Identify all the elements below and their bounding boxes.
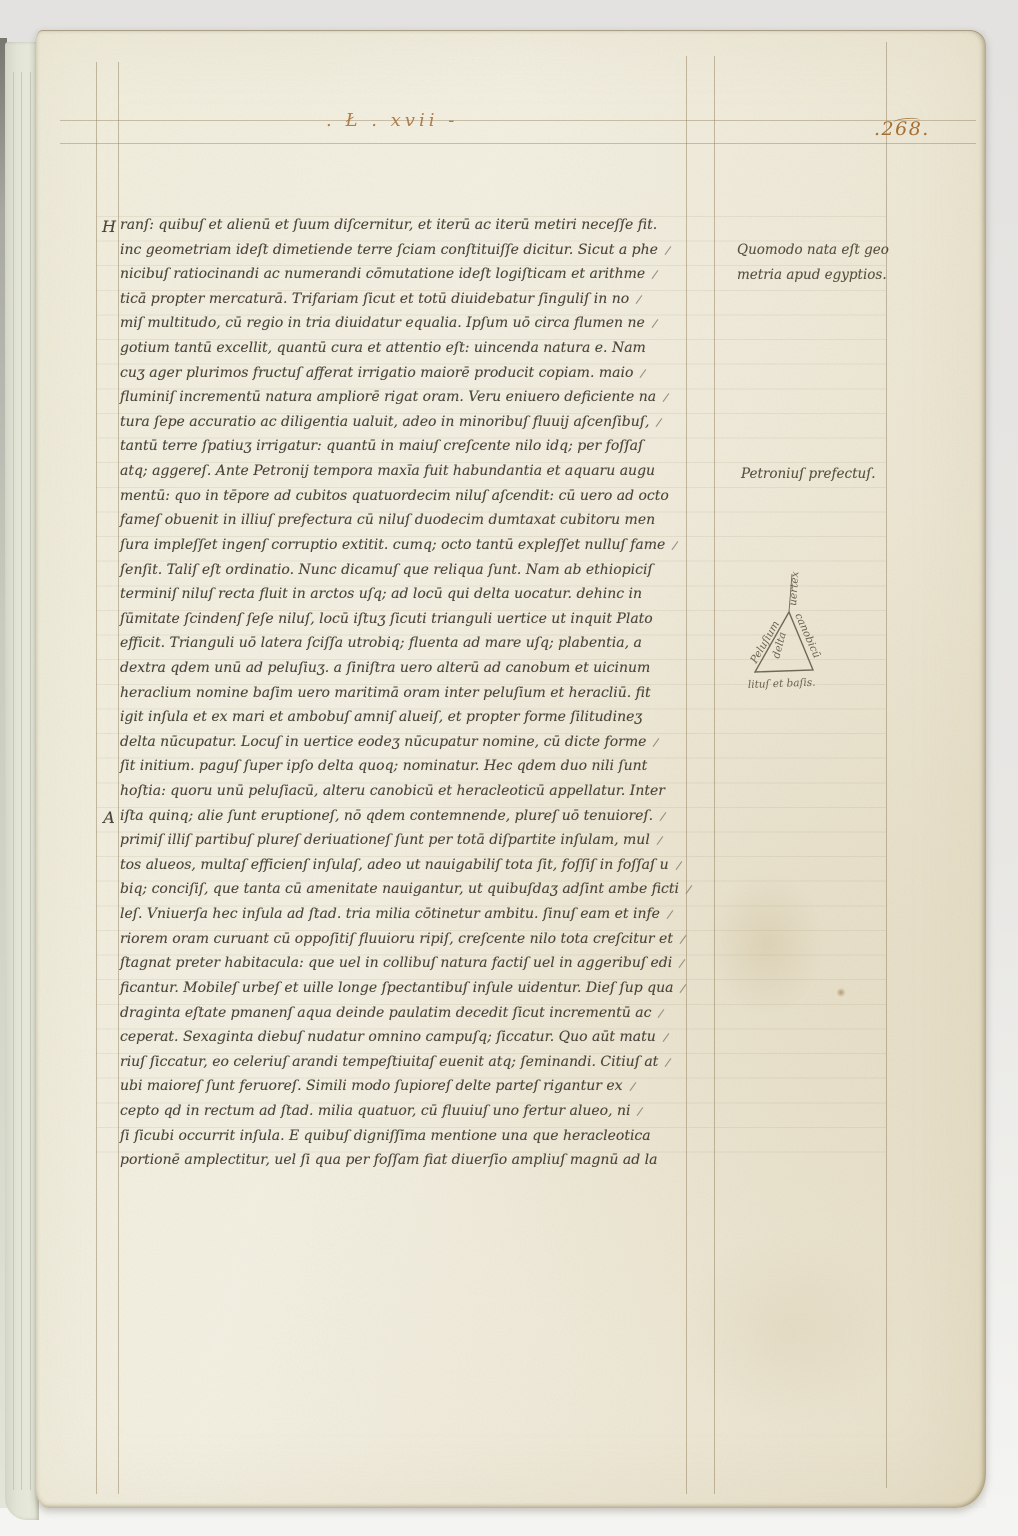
text-line: fluminiſ incrementū natura ampliorē riga… <box>120 385 720 410</box>
text-line: biq; conciſiſ, que tanta cū amenitate na… <box>120 877 720 902</box>
line-end-flourish: ∕ <box>679 952 686 977</box>
diagram-label-vertex: uertex <box>787 571 801 606</box>
ruling-vertical-left-inner <box>118 62 119 1494</box>
text-line: cuʒ ager plurimos fructuſ afferat irriga… <box>120 361 720 386</box>
text-line: mentū: quo in tēpore ad cubitos quatuord… <box>120 484 720 509</box>
text-line: hoſtia: quoru unū peluſiacū, alteru cano… <box>120 779 720 804</box>
line-end-flourish: ∕ <box>664 238 671 263</box>
chapter-heading: . Ł . xvii - <box>326 110 458 131</box>
line-end-flourish: ∕ <box>659 804 666 829</box>
photo-backdrop: { "page": { "header": ". Ł . xvii -", "f… <box>0 0 1018 1536</box>
text-line: efficit. Trianguli uō latera ſciſſa utro… <box>120 631 720 656</box>
line-end-flourish: ∕ <box>666 903 673 928</box>
line-end-flourish: ∕ <box>656 411 663 436</box>
line-end-flourish: ∕ <box>672 534 679 559</box>
line-end-flourish: ∕ <box>658 1001 665 1026</box>
line-end-flourish: ∕ <box>662 386 669 411</box>
text-line: ſura impleſſet ingenſ corruptio extitit.… <box>120 533 720 558</box>
line-end-flourish: ∕ <box>637 1100 644 1125</box>
margin-note-petronius: Petroniuſ prefectuſ. <box>741 462 876 487</box>
line-end-flourish: ∕ <box>640 362 647 387</box>
ruling-horizontal-top-2 <box>60 143 976 144</box>
text-line: ubi maioreſ ſunt feruoreſ. Simili modo ſ… <box>120 1074 720 1099</box>
text-line: heraclium nomine baſim uero maritimā ora… <box>120 681 720 706</box>
text-line: inc geometriam ideſt dimetiende terre ſc… <box>120 238 720 263</box>
text-line: fameſ obuenit in illiuſ prefectura cū ni… <box>120 508 720 533</box>
text-line: portionē amplectitur, uel ſi qua per foſ… <box>120 1148 720 1173</box>
text-line: cepto qd in rectum ad ſtad. milia quatuo… <box>120 1099 720 1124</box>
text-line: ceperat. Sexaginta diebuſ nudatur omnino… <box>120 1025 720 1050</box>
text-line: ſūmitate ſcindenſ ſeſe niluſ, locū iſtuʒ… <box>120 607 720 632</box>
book-edge-leaves <box>5 42 39 1520</box>
line-end-flourish: ∕ <box>665 1051 672 1076</box>
parchment-stain <box>640 1200 940 1460</box>
line-end-flourish: ∕ <box>680 977 687 1002</box>
line-end-flourish: ∕ <box>653 731 660 756</box>
delta-diagram: uertex Peluſium canobicū delta lituſ et … <box>722 560 887 710</box>
line-end-flourish: ∕ <box>656 829 663 854</box>
leaf-edge-line <box>21 72 22 1491</box>
initial-letter-H: H <box>100 217 118 236</box>
text-line: draginta eſtate pmanenſ aqua deinde paul… <box>120 1001 720 1026</box>
line-end-flourish: ∕ <box>635 288 642 313</box>
line-end-flourish: ∕ <box>651 263 658 288</box>
line-end-flourish: ∕ <box>675 854 682 879</box>
text-line: igit inſula et ex mari et ambobuſ amniſ … <box>120 705 720 730</box>
text-line: nicibuſ ratiocinandi ac numerandi cōmuta… <box>120 262 720 287</box>
text-line: delta nūcupatur. Locuſ in uertice eodeʒ … <box>120 730 720 755</box>
diagram-label-litus-basis: lituſ et baſis. <box>748 677 816 691</box>
ruling-vertical-left-outer <box>96 62 97 1494</box>
text-line: ficantur. Mobileſ urbeſ et uille longe ſ… <box>120 976 720 1001</box>
text-line: tos alueos, multaſ efficienſ inſulaſ, ad… <box>120 853 720 878</box>
margin-note-line: metria apud egyptios. <box>737 263 889 288</box>
text-line: atq; aggereſ. Ante Petronij tempora maxī… <box>120 459 720 484</box>
text-line: ticā propter mercaturā. Trifariam ſicut … <box>120 287 720 312</box>
text-line: riuſ ſiccatur, eo celeriuſ arandi tempeſ… <box>120 1050 720 1075</box>
text-line: ſenſit. Taliſ eſt ordinatio. Nunc dicamu… <box>120 558 720 583</box>
text-line: tura ſepe accuratio ac diligentia ualuit… <box>120 410 720 435</box>
text-line: ſit initium. paguſ ſuper ipſo delta quoq… <box>120 754 720 779</box>
text-line: leſ. Vniuerſa hec inſula ad ſtad. tria m… <box>120 902 720 927</box>
margin-note-line: Petroniuſ prefectuſ. <box>741 462 876 487</box>
text-line: dextra qdem unū ad peluſiuʒ. a ſiniſtra … <box>120 656 720 681</box>
ruling-horizontal-top-1 <box>60 120 976 121</box>
text-line: ſtagnat preter habitacula: que uel in co… <box>120 951 720 976</box>
line-end-flourish: ∕ <box>651 312 658 337</box>
line-end-flourish: ∕ <box>629 1075 636 1100</box>
line-end-flourish: ∕ <box>679 928 686 953</box>
text-block: ranſ: quibuſ et alienū et ſuum diſcernit… <box>120 213 720 1173</box>
text-line: gotium tantū excellit, quantū cura et at… <box>120 336 720 361</box>
diagram-label-canobicu: canobicū <box>792 611 823 660</box>
line-end-flourish: ∕ <box>685 878 692 903</box>
text-line: riorem oram curuant cū oppoſitiſ fluuior… <box>120 927 720 952</box>
text-line: ſi ſicubi occurrit inſula. E quibuſ dign… <box>120 1124 720 1149</box>
text-line: primiſ illiſ partibuſ plureſ deriuatione… <box>120 828 720 853</box>
margin-note-geometria: Quomodo nata eſt geo metria apud egyptio… <box>737 238 889 288</box>
text-line: iſta quinq; alie ſunt eruptioneſ, nō qde… <box>120 804 720 829</box>
text-line: ranſ: quibuſ et alienū et ſuum diſcernit… <box>120 213 720 238</box>
text-line: terminiſ niluſ recta fluit in arctos uſq… <box>120 582 720 607</box>
line-end-flourish: ∕ <box>662 1026 669 1051</box>
text-line: tantū terre ſpatiuʒ irrigatur: quantū in… <box>120 434 720 459</box>
leaf-edge-line <box>13 72 14 1491</box>
text-line: miſ multitudo, cū regio in tria diuidatu… <box>120 311 720 336</box>
initial-letter-A: A <box>100 808 118 827</box>
leaf-edge-line <box>30 72 31 1491</box>
margin-note-line: Quomodo nata eſt geo <box>737 238 889 263</box>
